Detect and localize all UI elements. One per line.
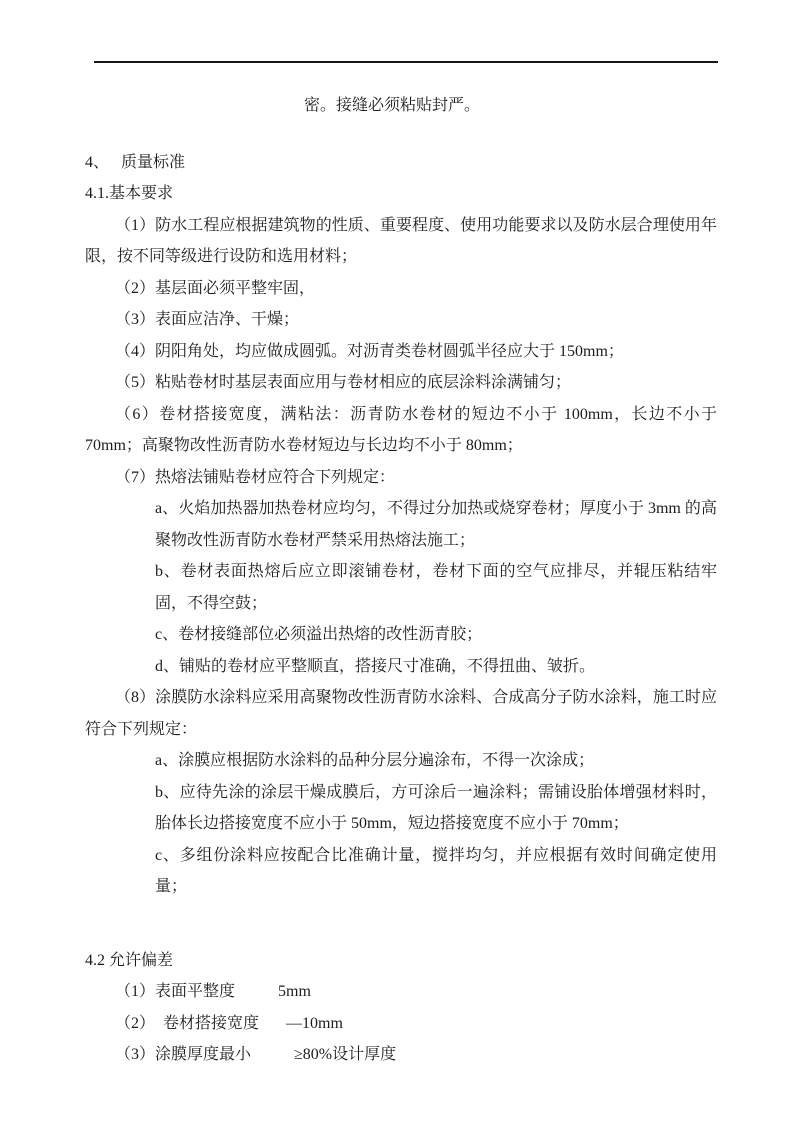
- deviation-label: （1）表面平整度: [115, 983, 235, 1000]
- deviation-item-1: （1）表面平整度5mm: [85, 976, 717, 1008]
- deviation-item-2: （2） 卷材搭接宽度—10mm: [85, 1008, 717, 1040]
- section-4-1-heading: 4.1.基本要求: [85, 178, 717, 210]
- list-item-8c: c、多组份涂料应按配合比准确计量，搅拌均匀，并应根据有效时间确定使用量；: [155, 840, 717, 903]
- list-item-3: （3）表面应洁净、干燥；: [85, 304, 717, 336]
- document-page: 密。接缝必须粘贴封严。 4、质量标准 4.1.基本要求 （1）防水工程应根据建筑…: [0, 0, 793, 1122]
- deviation-label: （2） 卷材搭接宽度: [115, 1015, 259, 1032]
- list-item-7: （7）热熔法铺贴卷材应符合下列规定：: [85, 462, 717, 494]
- list-item-7d: d、铺贴的卷材应平整顺直，搭接尺寸准确，不得扭曲、皱折。: [155, 651, 717, 683]
- section-4-title: 质量标准: [121, 154, 185, 171]
- section-4-2-heading: 4.2 允许偏差: [85, 945, 717, 977]
- list-item-8a: a、涂膜应根据防水涂料的品种分层分遍涂布，不得一次涂成；: [155, 745, 717, 777]
- header-divider-line: [94, 61, 718, 63]
- deviation-item-3: （3）涂膜厚度最小≥80%设计厚度: [85, 1039, 717, 1071]
- section-4-heading: 4、质量标准: [85, 147, 717, 179]
- list-item-6: （6）卷材搭接宽度，满粘法：沥青防水卷材的短边不小于 100mm，长边不小于 7…: [85, 399, 717, 462]
- list-item-1: （1）防水工程应根据建筑物的性质、重要程度、使用功能要求以及防水层合理使用年限，…: [85, 210, 717, 273]
- list-item-7b: b、卷材表面热熔后应立即滚铺卷材，卷材下面的空气应排尽，并辊压粘结牢固，不得空鼓…: [155, 556, 717, 619]
- page-content: 密。接缝必须粘贴封严。 4、质量标准 4.1.基本要求 （1）防水工程应根据建筑…: [85, 90, 717, 1071]
- blank-line: [85, 903, 717, 945]
- section-4-number: 4、: [85, 154, 109, 171]
- list-item-7c: c、卷材接缝部位必须溢出热熔的改性沥青胶；: [155, 619, 717, 651]
- blank-line: [85, 122, 717, 147]
- deviation-value: —10mm: [286, 1008, 343, 1040]
- list-item-4: （4）阴阳角处，均应做成圆弧。对沥青类卷材圆弧半径应大于 150mm；: [85, 336, 717, 368]
- list-item-2: （2）基层面必须平整牢固，: [85, 273, 717, 305]
- deviation-label: （3）涂膜厚度最小: [115, 1046, 251, 1063]
- deviation-value: ≥80%设计厚度: [294, 1039, 396, 1071]
- list-item-7a: a、火焰加热器加热卷材应均匀，不得过分加热或烧穿卷材；厚度小于 3mm 的高聚物…: [155, 493, 717, 556]
- paragraph-continuation: 密。接缝必须粘贴封严。: [85, 90, 699, 122]
- list-item-5: （5）粘贴卷材时基层表面应用与卷材相应的底层涂料涂满铺匀；: [85, 367, 717, 399]
- list-item-8: （8）涂膜防水涂料应采用高聚物改性沥青防水涂料、合成高分子防水涂料，施工时应符合…: [85, 682, 717, 745]
- list-item-8b: b、应待先涂的涂层干燥成膜后，方可涂后一遍涂料；需铺设胎体增强材料时，胎体长边搭…: [155, 777, 717, 840]
- deviation-value: 5mm: [278, 976, 311, 1008]
